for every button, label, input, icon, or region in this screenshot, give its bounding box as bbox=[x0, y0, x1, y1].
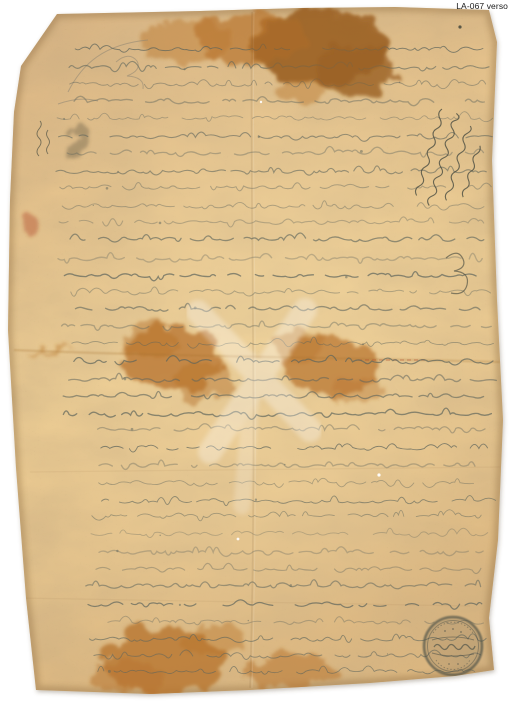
ink-blot bbox=[360, 150, 363, 153]
ink-blot bbox=[362, 343, 364, 345]
ink-blot bbox=[123, 377, 126, 380]
shelfmark-label: LA-067 verso bbox=[456, 2, 508, 11]
ink-blot bbox=[159, 535, 160, 536]
ink-blot bbox=[184, 68, 186, 70]
ink-seal bbox=[424, 617, 482, 675]
ink-blot bbox=[116, 550, 118, 552]
ink-blot bbox=[284, 464, 286, 466]
manuscript-scan bbox=[0, 0, 512, 710]
ink-blot bbox=[106, 187, 109, 190]
ink-blot bbox=[63, 118, 65, 120]
ink-blot bbox=[289, 584, 292, 587]
ink-blot bbox=[179, 604, 181, 606]
ink-blot bbox=[255, 499, 257, 501]
ink-blot bbox=[248, 620, 249, 621]
ink-blot bbox=[345, 276, 348, 279]
ink-blot bbox=[131, 428, 134, 431]
ink-blot bbox=[108, 670, 111, 673]
ink-blot bbox=[399, 82, 400, 83]
ink-blot bbox=[258, 136, 260, 138]
ink-blot bbox=[117, 171, 119, 173]
ink-blot bbox=[387, 653, 388, 654]
ink-blot bbox=[159, 222, 162, 225]
scan-background: LA-067 verso bbox=[0, 0, 512, 710]
ink-blot bbox=[93, 205, 94, 206]
